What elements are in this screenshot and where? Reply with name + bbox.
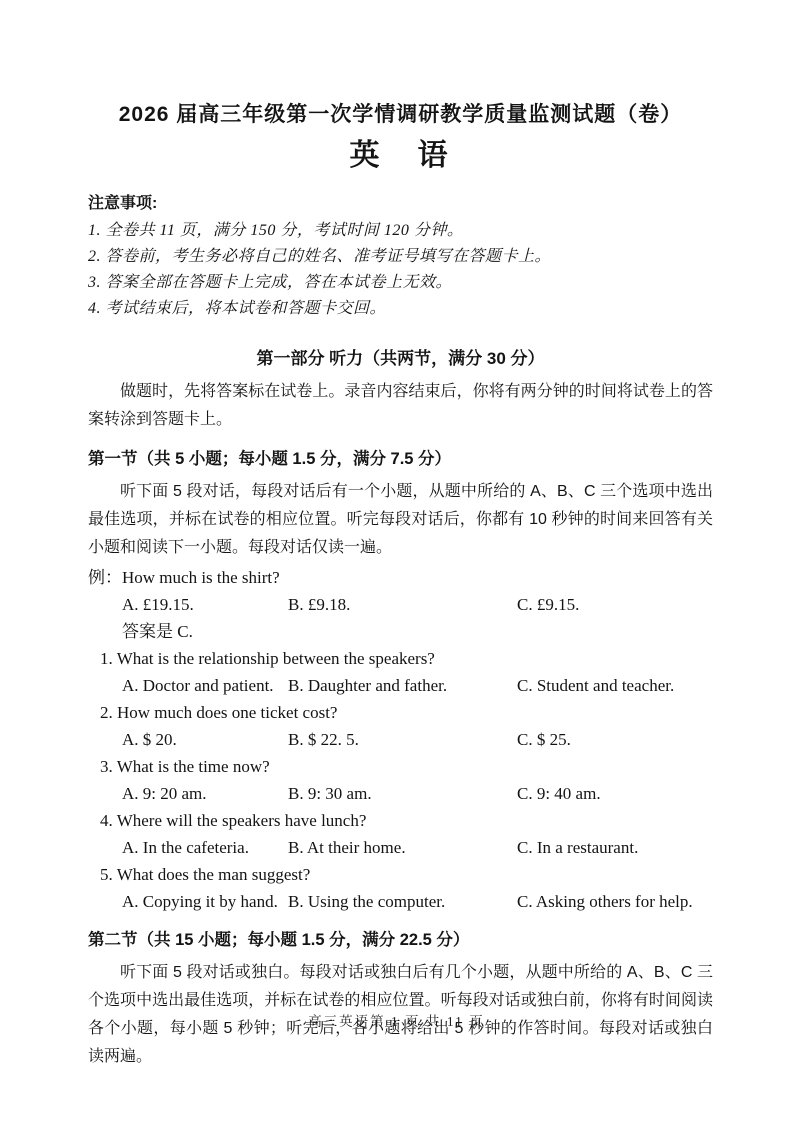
section1-heading: 第一节（共 5 小题；每小题 1.5 分，满分 7.5 分） — [88, 446, 713, 472]
example-question: 例：How much is the shirt? — [88, 564, 713, 591]
option-b: B. $ 22. 5. — [288, 726, 517, 753]
options-row: A. $ 20. B. $ 22. 5. C. $ 25. — [122, 726, 713, 753]
example-options-row: A. £19.15. B. £9.18. C. £9.15. — [122, 591, 713, 618]
part1-intro: 做题时，先将答案标在试卷上。录音内容结束后，你将有两分钟的时间将试卷上的答案转涂… — [88, 378, 713, 434]
options-row: A. 9: 20 am. B. 9: 30 am. C. 9: 40 am. — [122, 780, 713, 807]
exam-title: 2026 届高三年级第一次学情调研教学质量监测试题（卷） — [88, 100, 713, 130]
notice-heading: 注意事项: — [88, 192, 713, 216]
page-footer: 高三英语第 1 页 共 11 页 — [0, 1010, 793, 1030]
question-block: 4. Where will the speakers have lunch? A… — [88, 807, 713, 861]
exam-paper-page: 2026 届高三年级第一次学情调研教学质量监测试题（卷） 英 语 注意事项: 1… — [0, 0, 793, 1122]
question-text: 3. What is the time now? — [88, 753, 713, 780]
option-b: B. At their home. — [288, 834, 517, 861]
option-b: B. 9: 30 am. — [288, 780, 517, 807]
notice-item: 3. 答案全部在答题卡上完成，答在本试卷上无效。 — [88, 270, 713, 296]
option-c: C. In a restaurant. — [517, 834, 713, 861]
question-text: 2. How much does one ticket cost? — [88, 699, 713, 726]
notice-list: 1. 全卷共 11 页，满分 150 分，考试时间 120 分钟。 2. 答卷前… — [88, 218, 713, 322]
option-a: A. Doctor and patient. — [122, 672, 288, 699]
question-text: 4. Where will the speakers have lunch? — [88, 807, 713, 834]
option-a: A. 9: 20 am. — [122, 780, 288, 807]
question-block: 2. How much does one ticket cost? A. $ 2… — [88, 699, 713, 753]
question-text: 1. What is the relationship between the … — [88, 645, 713, 672]
option-a: A. $ 20. — [122, 726, 288, 753]
section1-instructions: 听下面 5 段对话，每段对话后有一个小题，从题中所给的 A、B、C 三个选项中选… — [88, 478, 713, 562]
option-b: B. £9.18. — [288, 591, 517, 618]
section2-heading: 第二节（共 15 小题；每小题 1.5 分，满分 22.5 分） — [88, 927, 713, 953]
question-block: 3. What is the time now? A. 9: 20 am. B.… — [88, 753, 713, 807]
option-c: C. Asking others for help. — [517, 888, 713, 915]
option-a: A. £19.15. — [122, 591, 288, 618]
option-c: C. Student and teacher. — [517, 672, 713, 699]
question-text: 5. What does the man suggest? — [88, 861, 713, 888]
example-answer: 答案是 C. — [88, 618, 713, 645]
notice-item: 4. 考试结束后，将本试卷和答题卡交回。 — [88, 296, 713, 322]
option-c: C. £9.15. — [517, 591, 713, 618]
question-block: 1. What is the relationship between the … — [88, 645, 713, 699]
options-row: A. Doctor and patient. B. Daughter and f… — [122, 672, 713, 699]
question-block: 5. What does the man suggest? A. Copying… — [88, 861, 713, 915]
notice-item: 2. 答卷前，考生务必将自己的姓名、准考证号填写在答题卡上。 — [88, 244, 713, 270]
option-a: A. Copying it by hand. — [122, 888, 288, 915]
options-row: A. Copying it by hand. B. Using the comp… — [122, 888, 713, 915]
exam-subject: 英 语 — [88, 136, 713, 176]
part1-heading: 第一部分 听力（共两节，满分 30 分） — [88, 346, 713, 372]
option-c: C. 9: 40 am. — [517, 780, 713, 807]
option-b: B. Using the computer. — [288, 888, 517, 915]
option-b: B. Daughter and father. — [288, 672, 517, 699]
option-c: C. $ 25. — [517, 726, 713, 753]
notice-item: 1. 全卷共 11 页，满分 150 分，考试时间 120 分钟。 — [88, 218, 713, 244]
options-row: A. In the cafeteria. B. At their home. C… — [122, 834, 713, 861]
option-a: A. In the cafeteria. — [122, 834, 288, 861]
